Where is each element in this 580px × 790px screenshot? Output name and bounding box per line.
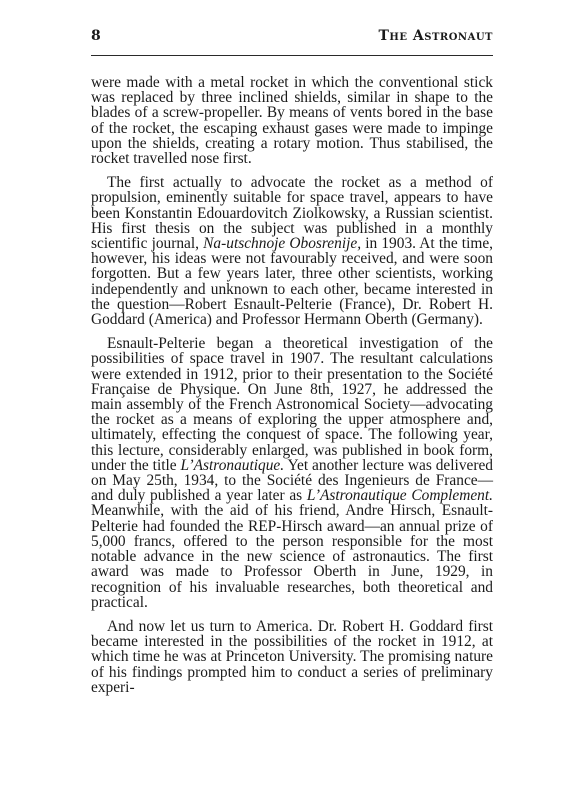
paragraph-4: And now let us turn to America. Dr. Robe…: [91, 619, 493, 695]
page-number: 8: [91, 28, 101, 44]
paragraph-2: The first actually to advocate the rocke…: [91, 175, 493, 327]
text-segment: Meanwhile, with the aid of his friend, A…: [91, 502, 493, 610]
running-header: 8 The Astronaut: [91, 28, 493, 46]
paragraph-1: were made with a metal rocket in which t…: [91, 75, 493, 166]
running-title: The Astronaut: [379, 28, 493, 44]
header-rule: [91, 55, 493, 56]
book-page: 8 The Astronaut were made with a metal r…: [91, 28, 493, 704]
text-segment: And now let us turn to America. Dr. Robe…: [91, 618, 493, 696]
paragraph-3: Esnault-Pelterie began a theoretical inv…: [91, 336, 493, 610]
text-segment: were made with a metal rocket in which t…: [91, 74, 493, 167]
text-segment: Esnault-Pelterie began a theoretical inv…: [91, 335, 493, 474]
page-body: were made with a metal rocket in which t…: [91, 75, 493, 695]
